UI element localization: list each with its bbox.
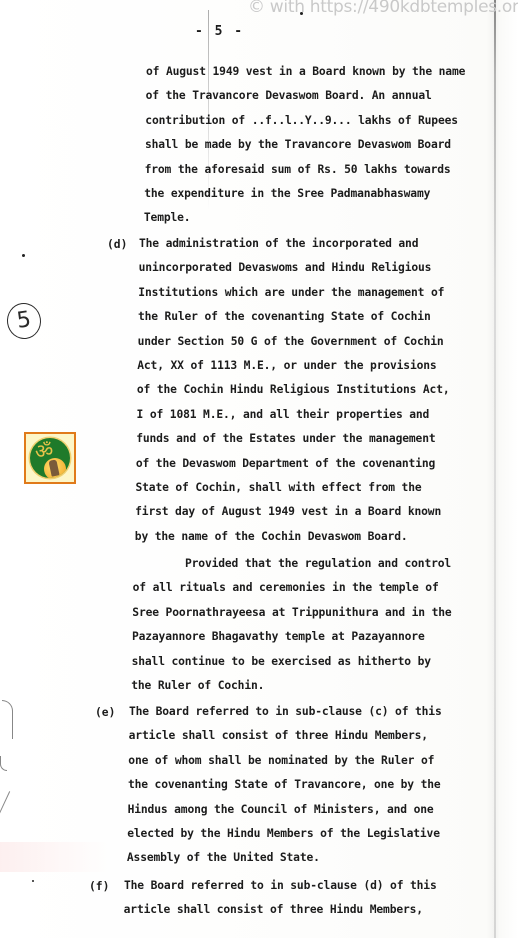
text-line: of August 1949 vest in a Board known by … [146,66,465,77]
watermark: © with https://490kdbtemples.org/ [248,0,518,17]
text-line: the expenditure in the Sree Padmanabhasw… [144,188,430,199]
text-line: of all rituals and ceremonies in the tem… [133,582,439,593]
text-line: Provided that the regulation and control [185,558,451,569]
text-line: under Section 50 G of the Government of … [138,336,444,347]
smudge [0,842,110,872]
text-line: The Board referred to in sub-clause (d) … [124,880,437,891]
text-line: Hindus among the Council of Ministers, a… [128,804,434,815]
clause-label: (f) [89,880,109,893]
text-line: unincorporated Devaswoms and Hindu Relig… [139,262,432,273]
text-line: Pazayannore Bhagavathy temple at Pazayan… [132,631,425,642]
clause-label: (e) [95,706,115,719]
text-line: I of 1081 M.E., and all their properties… [137,409,430,420]
text-line: Sree Poornathrayeesa at Trippunithura an… [132,607,451,618]
om-symbol-icon: ॐ [35,440,53,462]
text-line: of the Cochin Hindu Religious Institutio… [137,384,450,395]
text-line: State of Cochin, shall with effect from … [136,482,422,493]
text-line: the Ruler of the covenanting State of Co… [138,311,431,322]
clause-label: (d) [107,238,127,251]
text-line: Temple. [144,212,191,223]
text-line: contribution of ..f..l..Y..9... lakhs of… [145,115,458,126]
logo-emblem: ॐ [30,438,70,478]
text-line: by the name of the Cochin Devaswom Board… [135,531,408,542]
text-line: elected by the Hindu Members of the Legi… [127,828,440,839]
text-line: shall continue to be exercised as hither… [132,656,431,667]
ink-speck [32,880,34,882]
text-line: one of whom shall be nominated by the Ru… [128,755,434,766]
text-line: of the Devaswom Department of the covena… [136,458,435,469]
text-line: Institutions which are under the managem… [138,287,444,298]
text-line: The Board referred to in sub-clause (c) … [129,706,442,717]
om-temple-logo-icon: ॐ [24,432,76,484]
text-line: the Ruler of Cochin. [131,680,264,691]
text-line: the covenanting State of Travancore, one… [128,779,441,790]
text-line: Act, XX of 1113 M.E., or under the provi… [137,360,436,371]
page-fold-line [494,0,496,938]
text-line: article shall consist of three Hindu Mem… [124,904,423,915]
text-line: article shall consist of three Hindu Mem… [129,730,428,741]
text-line: first day of August 1949 vest in a Board… [135,506,441,517]
text-line: of the Travancore Devaswom Board. An ann… [146,90,432,101]
text-line: Assembly of the United State. [127,852,320,863]
page-number: - 5 - [195,24,244,39]
handwritten-bracket [2,700,13,739]
text-line: from the aforesaid sum of Rs. 50 lakhs t… [145,164,451,175]
text-line: shall be made by the Travancore Devaswom… [145,139,451,150]
text-line: The administration of the incorporated a… [139,238,418,249]
handwritten-mark [0,756,7,771]
crease-line [208,10,209,210]
ink-speck [22,254,25,257]
ink-speck [300,12,303,15]
text-line: funds and of the Estates under the manag… [136,433,435,444]
